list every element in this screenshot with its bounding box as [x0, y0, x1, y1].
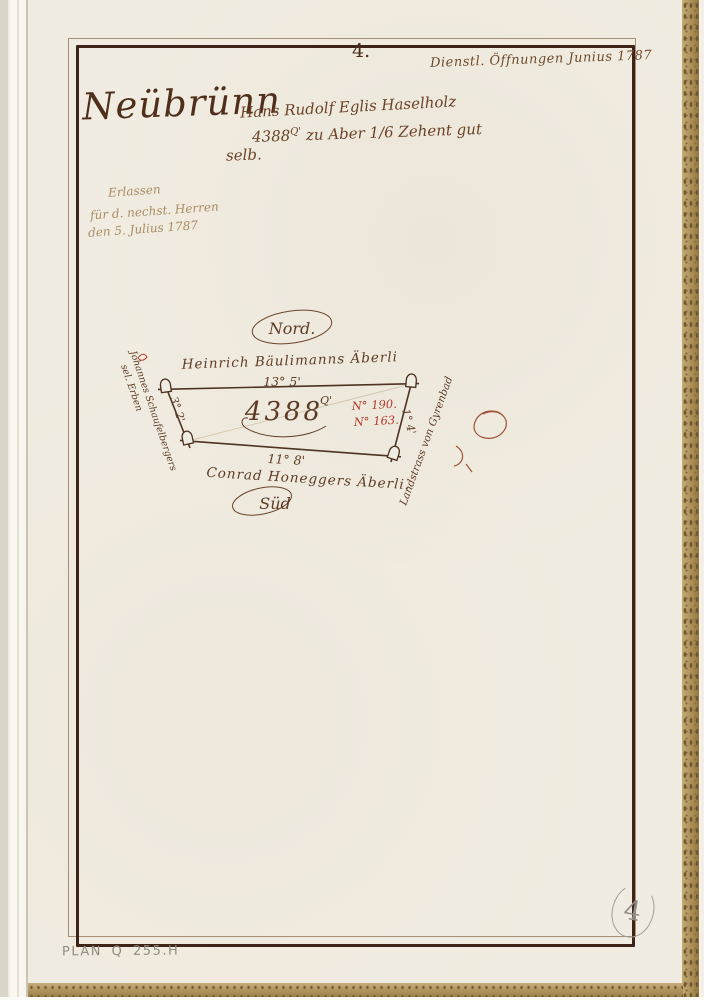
- area-unit: Q': [320, 394, 332, 407]
- corner-marker-se: [387, 445, 401, 460]
- archive-code-label: PLAN Q 255.H: [62, 943, 179, 959]
- pencil-page-number: 4: [622, 894, 644, 928]
- book-board-edge-right: [682, 0, 699, 1000]
- neighbor-south-label: Conrad Honeggers Äberli.: [206, 464, 411, 493]
- svg-text:3° 2': 3° 2': [167, 395, 187, 424]
- book-page-edges-left: [0, 0, 28, 1000]
- nord-label: Nord.: [268, 319, 316, 338]
- neighbor-north-label: Heinrich Bäulimanns Äberli: [180, 348, 398, 373]
- page-number: 4.: [352, 40, 370, 62]
- subtitle-line-3: selb.: [226, 145, 262, 164]
- corner-marker-ne: [406, 374, 417, 388]
- scan-margin-right: [699, 0, 704, 1000]
- svg-text:Landstrass von Gyrenbad: Landstrass von Gyrenbad: [397, 375, 455, 508]
- ornament-paraph: [454, 411, 506, 472]
- area-value: 4388: [244, 397, 323, 427]
- side-left-length: 3° 2': [167, 395, 187, 424]
- corner-marker-sw: [181, 430, 193, 445]
- subtitle-area-value: 4388: [252, 127, 291, 146]
- survey-sketch: Nord. Heinrich Bäulimanns Äberli 13° 5' …: [100, 298, 540, 543]
- subtitle-area-unit: Q': [290, 126, 301, 137]
- parcel-number-red-2: N° 163.: [352, 413, 399, 429]
- side-bottom-length: 11° 8': [267, 451, 305, 468]
- corner-marker-nw: [160, 378, 172, 392]
- parcel-number-red-1: N° 190.: [350, 397, 397, 413]
- sued-label: Süd: [259, 494, 291, 513]
- neighbor-east-label: Landstrass von Gyrenbad: [397, 375, 455, 508]
- neighbor-west-label: Johannes Schaufelbergers sel. Erben: [114, 348, 179, 477]
- book-page-edges-bottom: [28, 983, 683, 997]
